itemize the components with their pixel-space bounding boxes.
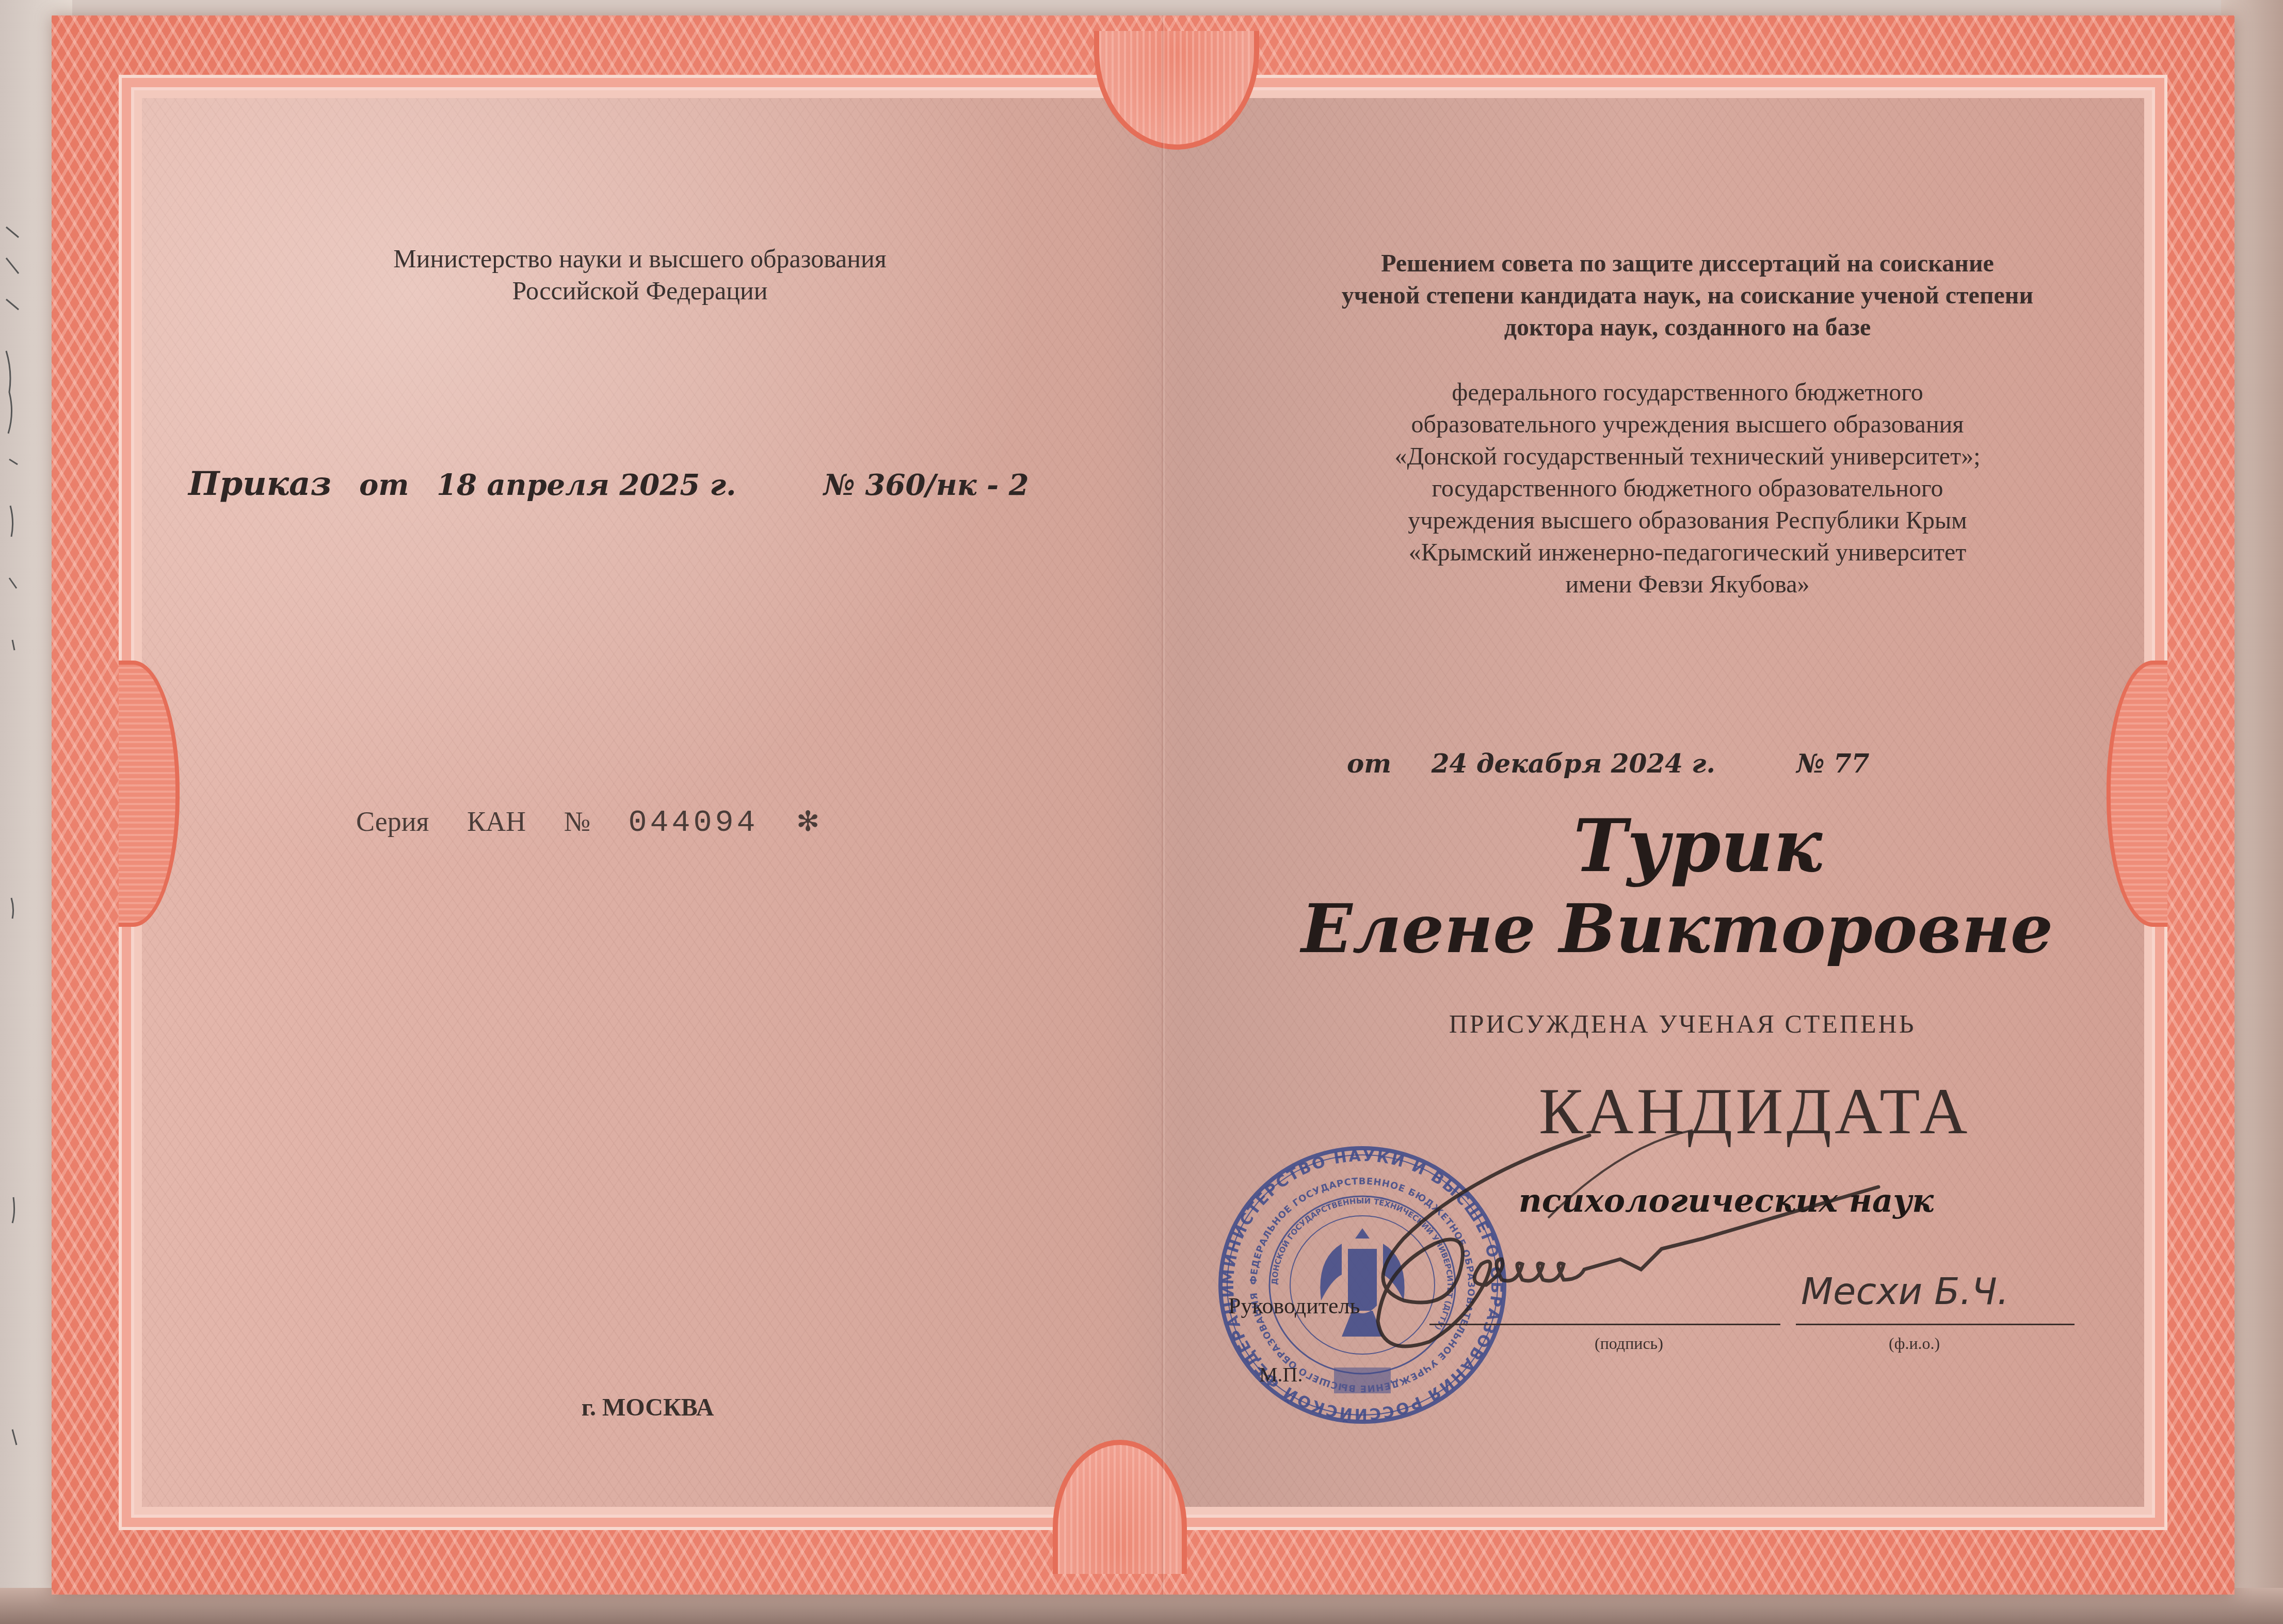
institution-line: «Крымский инженерно-педагогический униве… <box>1395 537 1981 569</box>
order-from: от <box>359 468 409 502</box>
order-label: Приказ <box>188 464 331 503</box>
signature-caption: (подпись) <box>1595 1334 1663 1353</box>
order-date: 18 апреля 2025 г. <box>437 468 736 502</box>
signature-line <box>1429 1324 1780 1325</box>
ministry-heading: Министерство науки и высшего образования… <box>393 243 887 307</box>
ministry-line-1: Министерство науки и высшего образования <box>393 243 887 275</box>
institution-line: государственного бюджетного образователь… <box>1395 473 1981 505</box>
series-value: КАН <box>467 806 526 838</box>
institution-line: федерального государственного бюджетного <box>1395 377 1981 409</box>
council-decision-text: Решением совета по защите диссертаций на… <box>1342 248 2033 344</box>
decision-from: от <box>1347 748 1391 779</box>
asterisk-mark-icon: ✻ <box>796 805 819 838</box>
page-fold <box>1161 15 1165 1595</box>
ministry-line-2: Российской Федерации <box>393 275 887 307</box>
city: г. МОСКВА <box>582 1393 714 1422</box>
name-caption: (ф.и.о.) <box>1889 1334 1940 1353</box>
head-label: Руководитель <box>1228 1293 1360 1319</box>
recipient-given-names: Елене Викторовне <box>1301 888 2053 970</box>
series-label: Серия <box>356 806 429 838</box>
decision-number: № 77 <box>1796 748 1869 779</box>
series-number: 044094 <box>628 806 758 841</box>
institution-line: имени Февзи Якубова» <box>1395 569 1981 601</box>
recipient-surname: Турик <box>1573 805 1822 888</box>
series-line: Серия КАН № 044094 ✻ <box>356 805 850 841</box>
institution-line: «Донской государственный технический уни… <box>1395 441 1981 473</box>
signer-name: Месхи Б.Ч. <box>1801 1269 2009 1313</box>
order-line: Приказ от 18 апреля 2025 г. № 360/нк - 2 <box>188 464 1029 503</box>
council-line: ученой степени кандидата наук, на соиска… <box>1342 280 2033 312</box>
institution-line: образовательного учреждения высшего обра… <box>1395 409 1981 441</box>
series-number-sign: № <box>564 806 590 838</box>
council-line: доктора наук, созданного на базе <box>1342 312 2033 344</box>
council-line: Решением совета по защите диссертаций на… <box>1342 248 2033 280</box>
pen-marks <box>4 217 21 1455</box>
decision-line: от 24 декабря 2024 г. № 77 <box>1347 748 1870 779</box>
seal-place-label: М.П. <box>1259 1362 1303 1387</box>
institution-text: федерального государственного бюджетного… <box>1395 377 1981 601</box>
name-line <box>1796 1324 2075 1325</box>
order-number: № 360/нк - 2 <box>824 468 1029 502</box>
decision-date: 24 декабря 2024 г. <box>1432 748 1715 779</box>
awarded-degree-label: ПРИСУЖДЕНА УЧЕНАЯ СТЕПЕНЬ <box>1449 1009 1916 1039</box>
institution-line: учреждения высшего образования Республик… <box>1395 505 1981 537</box>
